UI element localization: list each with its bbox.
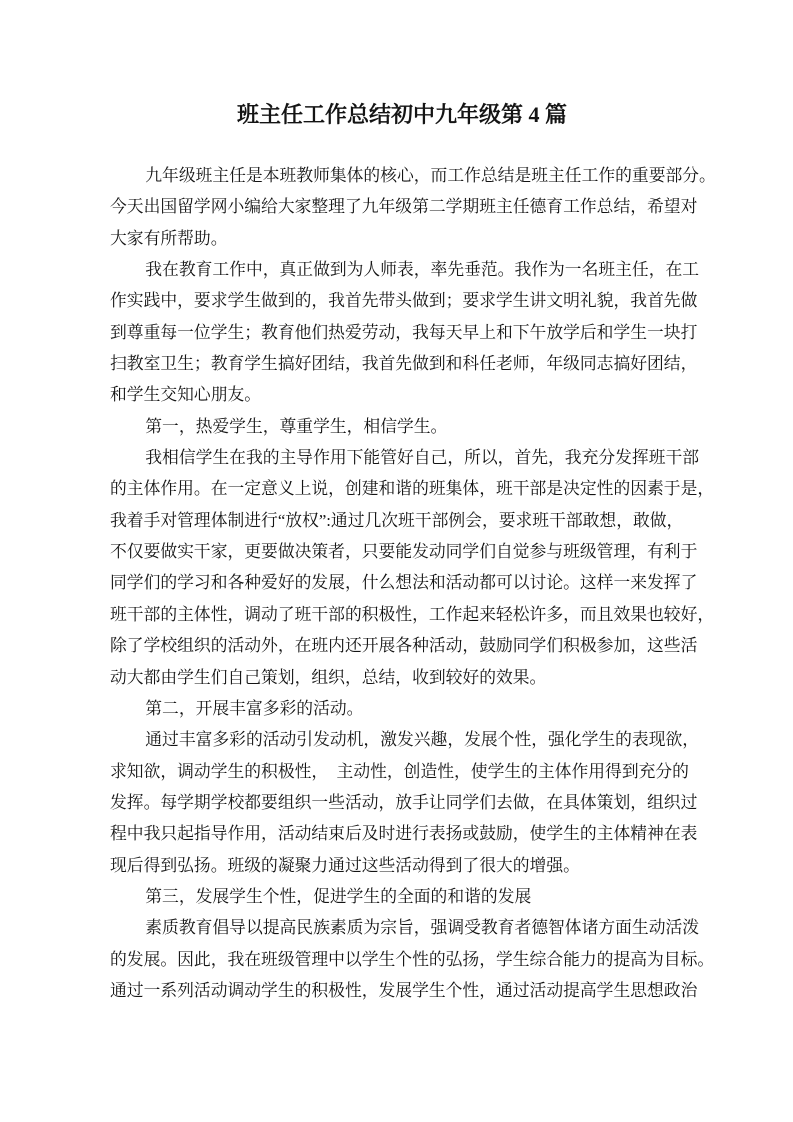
document-page: 班主任工作总结初中九年级第 4 篇 九年级班主任是本班教师集体的核心，而工作总结… xyxy=(0,0,793,1122)
paragraph-heading-third: 第三，发展学生个性，促进学生的全面的和谐的发展 xyxy=(110,881,770,912)
paragraph-intro: 九年级班主任是本班教师集体的核心，而工作总结是班主任工作的重要部分。 今天出国留… xyxy=(110,160,770,254)
document-title: 班主任工作总结初中九年级第 4 篇 xyxy=(110,99,694,131)
document-body: 九年级班主任是本班教师集体的核心，而工作总结是班主任工作的重要部分。 今天出国留… xyxy=(0,160,770,1006)
paragraph-heading-second: 第二，开展丰富多彩的活动。 xyxy=(110,693,770,724)
paragraph-class-cadres: 我相信学生在我的主导作用下能管好自己，所以，首先，我充分发挥班干部 的主体作用。… xyxy=(110,442,770,693)
paragraph-quality-education: 素质教育倡导以提高民族素质为宗旨，强调受教育者德智体诸方面生动活泼 的发展。因此… xyxy=(110,912,770,1006)
paragraph-role-model: 我在教育工作中，真正做到为人师表，率先垂范。我作为一名班主任，在工 作实践中，要… xyxy=(110,254,770,411)
paragraph-activities: 通过丰富多彩的活动引发动机，激发兴趣，发展个性，强化学生的表现欲， 求知欲，调动… xyxy=(110,724,770,881)
paragraph-heading-first: 第一，热爱学生，尊重学生，相信学生。 xyxy=(110,411,770,442)
